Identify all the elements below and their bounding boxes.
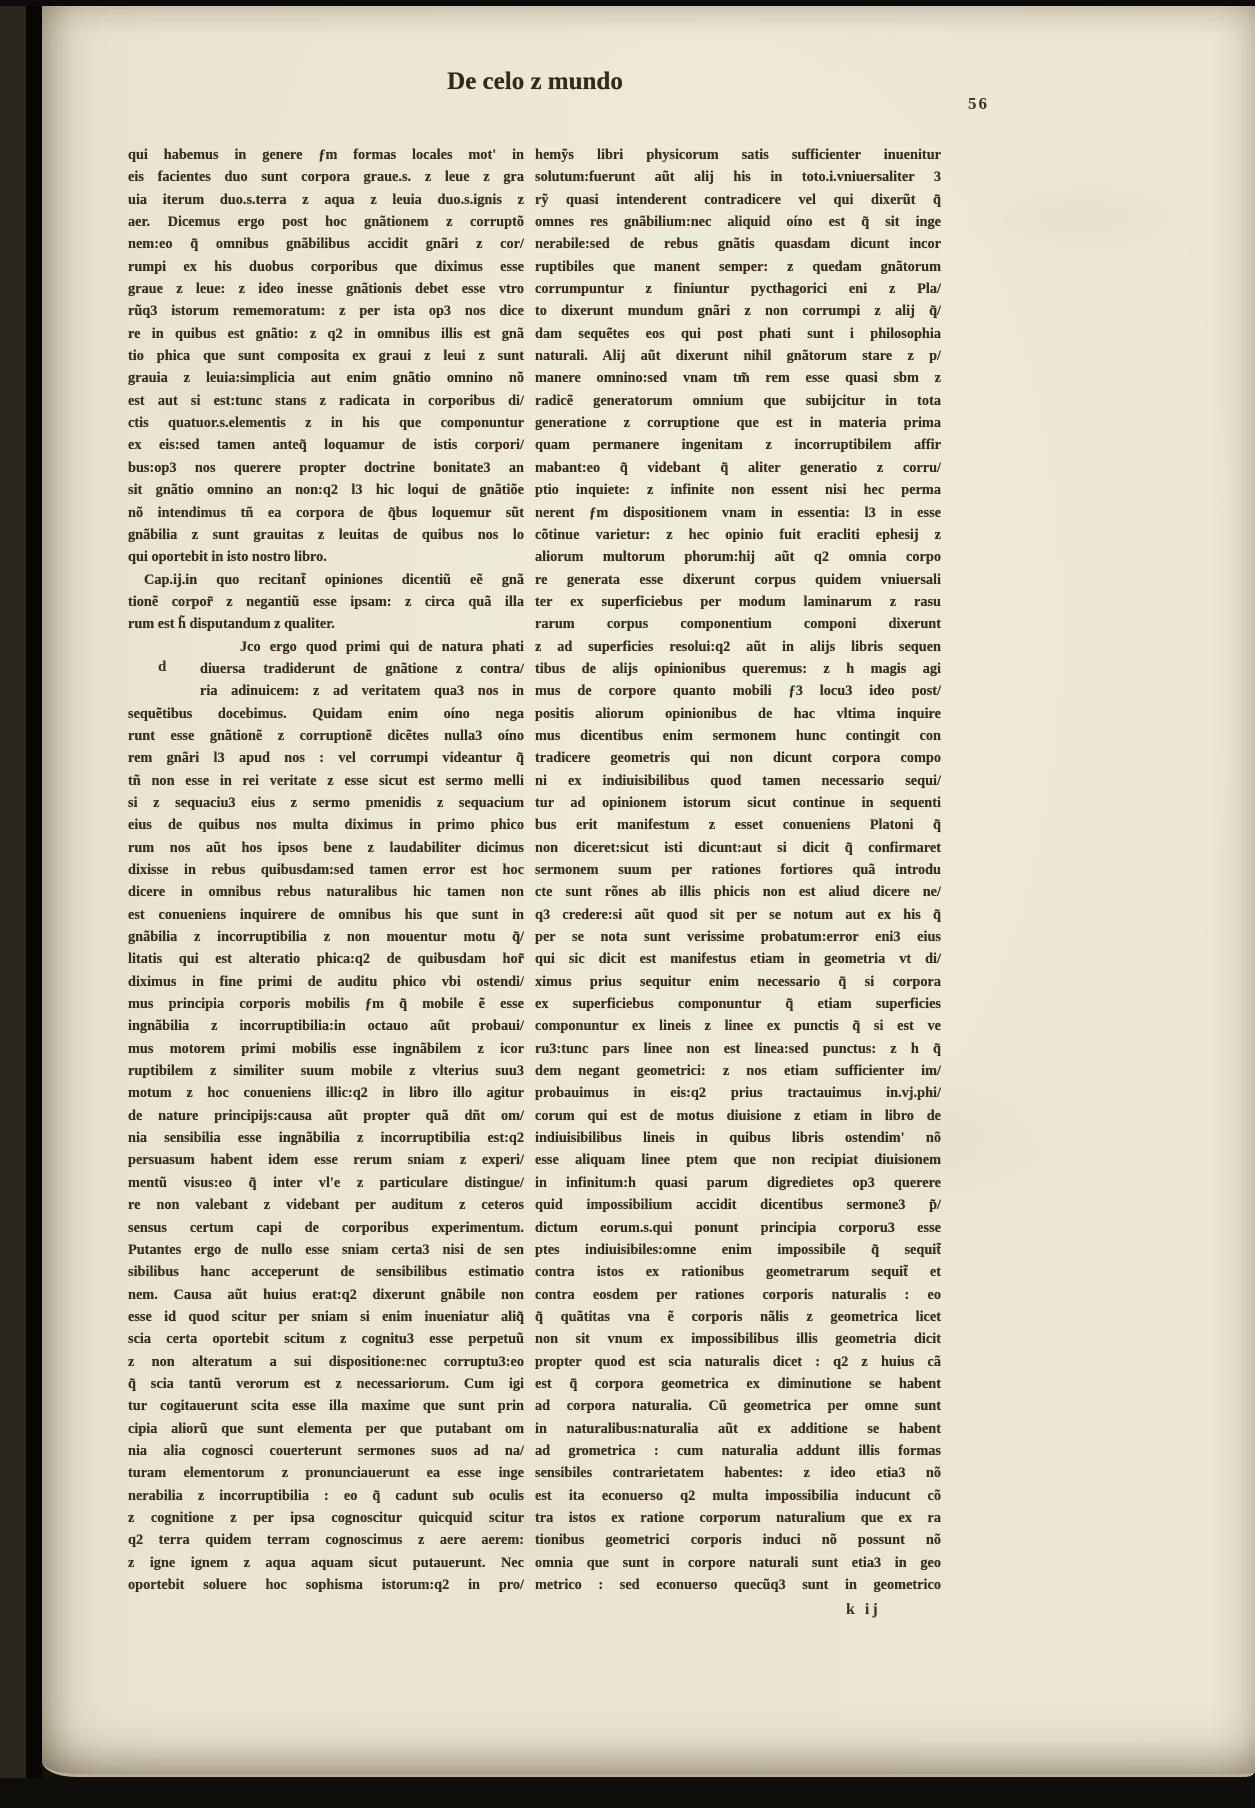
- text-line: contra istos ex rationibus geometrarum s…: [535, 1261, 941, 1283]
- text-line: radicẽ generatorum omnium que subijcitur…: [535, 390, 941, 412]
- text-line: q2 terra quidem terram cognoscimus z aer…: [128, 1529, 524, 1551]
- text-line: qui oportebit in isto nostro libro.: [128, 546, 524, 568]
- text-line: naturali. Alij aũt dixerunt nihil gnãtor…: [535, 345, 941, 367]
- text-line: quam permanere ingenitam z incorruptibil…: [535, 434, 941, 456]
- text-line: ru3:tunc pars linee non est linea:sed pu…: [535, 1038, 941, 1060]
- text-line: ruptibilem z similiter suum mobile z vlt…: [128, 1060, 524, 1082]
- text-line: qui habemus in genere ƒm formas locales …: [128, 144, 524, 166]
- text-line: re non valebant z videbant per auditum z…: [128, 1194, 524, 1216]
- text-line: quid impossibilium accidit dicentibus se…: [535, 1194, 941, 1216]
- text-line: per se nota sunt verissime probatum:erro…: [535, 926, 941, 948]
- running-title: De celo z mundo: [300, 68, 770, 96]
- text-line: re generata esse dixerunt corpus quidem …: [535, 569, 941, 591]
- text-line: omnia que sunt in corpore naturali sunt …: [535, 1552, 941, 1574]
- text-line: aliorum multorum phorum:hij aũt q2 omnia…: [535, 546, 941, 568]
- text-line: aer. Dicemus ergo post hoc gnãtionem z c…: [128, 211, 524, 233]
- text-line: tur cogitauerunt scita esse illa maxime …: [128, 1395, 524, 1417]
- text-line: componuntur ex lineis z linee ex punctis…: [535, 1015, 941, 1037]
- text-line: motum z hoc conueniens illic:q2 in libro…: [128, 1082, 524, 1104]
- text-line: contra eosdem per rationes corporis natu…: [535, 1284, 941, 1306]
- text-line: diximus in fine primi de auditu phico vb…: [128, 971, 524, 993]
- text-line: mus de corpore quanto mobili ƒ3 locu3 id…: [535, 680, 941, 702]
- text-line: rum est h̃ disputandum z qualiter.: [128, 613, 524, 635]
- text-line: ingnãbilia z incorruptibilia:in octauo a…: [128, 1015, 524, 1037]
- text-line: Jco ergo quod primi qui de natura phati: [128, 636, 524, 658]
- text-line: solutum:fuerunt aũt alij his in toto.i.v…: [535, 166, 941, 188]
- text-line: oportebit soluere hoc sophisma istorum:q…: [128, 1574, 524, 1596]
- text-line: in naturalibus:naturalia aũt ex addition…: [535, 1418, 941, 1440]
- text-line: sensus certum capi de corporibus experim…: [128, 1217, 524, 1239]
- text-line: ruptibiles que manent semper: z quedam g…: [535, 256, 941, 278]
- text-line: esse aliquam linee ptem que non recipiat…: [535, 1149, 941, 1171]
- text-line: est q̃ corpora geometrica ex diminutione…: [535, 1373, 941, 1395]
- text-line: q3 credere:si aũt quod sit per se notum …: [535, 904, 941, 926]
- text-line: sermonem suum per rationes fortiores quã…: [535, 859, 941, 881]
- text-line: z igne ignem z aqua aquam sicut putaueru…: [128, 1552, 524, 1574]
- text-line: dictum eorum.s.qui ponunt principia corp…: [535, 1217, 941, 1239]
- text-line: rarum corpus componentium componi dixeru…: [535, 613, 941, 635]
- text-line: eis facientes duo sunt corpora graue.s. …: [128, 166, 524, 188]
- text-line: rumpi ex his duobus corporibus que dixim…: [128, 256, 524, 278]
- text-line: tur ad opinionem istorum sicut continue …: [535, 792, 941, 814]
- text-line: tradicere geometris qui non dicunt corpo…: [535, 747, 941, 769]
- text-line: to dixerunt mundum gnãri z non corrumpi …: [535, 300, 941, 322]
- text-line: manere omnino:sed vnam tm̃ rem esse quas…: [535, 367, 941, 389]
- text-line: metrico : sed econuerso quecũq3 sunt in …: [535, 1574, 941, 1596]
- text-line: nõ intendimus tñ ea corpora de q̃bus loq…: [128, 502, 524, 524]
- initial-guide-letter: d: [158, 659, 166, 676]
- text-line: si z sequaciu3 eius z sermo pmenidis z s…: [128, 792, 524, 814]
- binding-bar: [26, 0, 42, 1808]
- text-line: ptio inquiete: z infinite non essent nis…: [535, 479, 941, 501]
- text-column-right: hemỹs libri physicorum satis sufficiente…: [535, 144, 941, 1596]
- text-line: sensibiles contrarietatem habentes: z id…: [535, 1462, 941, 1484]
- text-line: nia sensibilia esse ingnãbilia z incorru…: [128, 1127, 524, 1149]
- text-line: z non alteratum a sui dispositione:nec c…: [128, 1351, 524, 1373]
- text-line: Cap.ij.in quo recitant̃ opiniones dicent…: [128, 569, 524, 591]
- text-line: re in quibus est gnãtio: z q2 in omnibus…: [128, 323, 524, 345]
- text-line: sibilibus hanc acceperunt de sensibilibu…: [128, 1261, 524, 1283]
- text-line: sequẽtibus docebimus. Quidam enim oíno n…: [128, 703, 524, 725]
- text-line: dem negant geometrici: z nos etiam suffi…: [535, 1060, 941, 1082]
- text-line: cte sunt rõnes ab illis phicis non est a…: [535, 881, 941, 903]
- text-line: litatis qui est alteratio phica:q2 de qu…: [128, 948, 524, 970]
- text-line: nerent ƒm dispositionem vnam in essentia…: [535, 502, 941, 524]
- text-line: nerabilia z incorruptibilia : eo q̃ cadu…: [128, 1485, 524, 1507]
- text-line: tibus de alijs opinionibus queremus: z h…: [535, 658, 941, 680]
- text-line: ex superficiebus componuntur q̃ etiam su…: [535, 993, 941, 1015]
- text-line: corum qui est de motus diuisione z etiam…: [535, 1105, 941, 1127]
- text-line: rem gnãri l3 apud nos : vel corrumpi vid…: [128, 747, 524, 769]
- text-line: qui sic dicit est manifestus etiam in ge…: [535, 948, 941, 970]
- text-line: ria adinuicem: z ad veritatem qua3 nos i…: [128, 680, 524, 702]
- text-line: indiuisibilibus lineis in quibus libris …: [535, 1127, 941, 1149]
- text-line: eius de quibus nos multa diximus in prim…: [128, 814, 524, 836]
- text-line: est ita econuerso q2 multa impossibilia …: [535, 1485, 941, 1507]
- text-line: gnãbilia z incorruptibilia z non mouentu…: [128, 926, 524, 948]
- text-line: de nature principijs:causa aũt propter q…: [128, 1105, 524, 1127]
- text-line: uia iterum duo.s.terra z aqua z leuia du…: [128, 189, 524, 211]
- text-line: scia certa oportebit scitum z cognitu3 e…: [128, 1328, 524, 1350]
- text-line: turam elementorum z pronunciauerunt ea e…: [128, 1462, 524, 1484]
- text-line: mus motorem primi mobilis esse ingnãbile…: [128, 1038, 524, 1060]
- text-line: ximus prius sequitur enim necessario q̃ …: [535, 971, 941, 993]
- text-line: runt esse gnãtionẽ z corruptionẽ dicẽtes…: [128, 725, 524, 747]
- text-line: z cognitione z per ipsa cognoscitur quic…: [128, 1507, 524, 1529]
- text-line: in infinitum:h quasi parum digredietes o…: [535, 1172, 941, 1194]
- text-line: rũq3 istorum rememoratum: z per ista op3…: [128, 300, 524, 322]
- text-line: tionibus geometrici corporis induci nõ p…: [535, 1529, 941, 1551]
- text-column-left: qui habemus in genere ƒm formas locales …: [128, 144, 524, 1596]
- text-line: grauia z leuia:simplicia aut enim gnãtio…: [128, 367, 524, 389]
- text-line: probauimus in eis:q2 prius tractauimus i…: [535, 1082, 941, 1104]
- text-line: z ad superficies resolui:q2 aũt in alijs…: [535, 636, 941, 658]
- text-line: non diceret:sicut isti dicunt:aut si dic…: [535, 837, 941, 859]
- text-line: dixisse in rebus quibusdam:sed tamen err…: [128, 859, 524, 881]
- text-line: ex eis:sed tamen anteq̃ loquamur de isti…: [128, 434, 524, 456]
- text-line: Putantes ergo de nullo esse sniam certa3…: [128, 1239, 524, 1261]
- text-line: cipia aliorũ que sunt elementa per que p…: [128, 1418, 524, 1440]
- text-line: nem:eo q̃ omnibus gnãbilibus accidit gnã…: [128, 233, 524, 255]
- text-line: nia alia cognosci couerterunt sermones s…: [128, 1440, 524, 1462]
- text-line: dicere in omnibus rebus naturalibus hic …: [128, 881, 524, 903]
- text-line: tio phica que sunt composita ex graui z …: [128, 345, 524, 367]
- text-line: diuersa tradiderunt de gnãtione z contra…: [128, 658, 524, 680]
- page-number: 56: [968, 94, 1028, 114]
- text-line: non sit vnum ex impossibilibus illis geo…: [535, 1328, 941, 1350]
- text-line: rum nos aũt hos ipsos bene z laudabilite…: [128, 837, 524, 859]
- text-line: ad corpora naturalia. Cũ geometrica per …: [535, 1395, 941, 1417]
- bottom-edge-shadow: [0, 1778, 1255, 1808]
- text-line: persuasum habent idem esse rerum sniam z…: [128, 1149, 524, 1171]
- text-line: q̃ quãtitas vna ẽ corporis nãlis z geome…: [535, 1306, 941, 1328]
- text-line: bus:op3 nos querere propter doctrine bon…: [128, 457, 524, 479]
- text-line: generatione z corruptione que est in mat…: [535, 412, 941, 434]
- text-line: gnãbilia z sunt grauitas z leuitas de qu…: [128, 524, 524, 546]
- text-line: hemỹs libri physicorum satis sufficiente…: [535, 144, 941, 166]
- text-line: mabant:eo q̃ videbant q̃ aliter generati…: [535, 457, 941, 479]
- text-line: ter ex superficiebus per modum laminarum…: [535, 591, 941, 613]
- text-line: propter quod est scia naturalis dicet : …: [535, 1351, 941, 1373]
- text-line: q̃ scia tantũ verorum est z necessarioru…: [128, 1373, 524, 1395]
- text-line: rỹ quasi intenderent contradicere vel qu…: [535, 189, 941, 211]
- text-line: esse id quod scitur per sniam si enim in…: [128, 1306, 524, 1328]
- text-line: sit gnãtio omnino an non:q2 l3 hic loqui…: [128, 479, 524, 501]
- text-line: tra istos ex ratione corporum naturalium…: [535, 1507, 941, 1529]
- text-line: dam sequẽtes eos qui post phati sunt i p…: [535, 323, 941, 345]
- text-line: nem. Causa aũt huius erat:q2 dixerunt gn…: [128, 1284, 524, 1306]
- text-line: ctis quatuor.s.elementis z in his que co…: [128, 412, 524, 434]
- text-line: mentũ visus:eo q̃ inter vl'e z particula…: [128, 1172, 524, 1194]
- text-line: corrumpuntur z finiuntur pycthagorici en…: [535, 278, 941, 300]
- quire-signature: k ij: [846, 1601, 881, 1619]
- text-line: est conueniens inquirere de omnibus his …: [128, 904, 524, 926]
- text-line: bus erit manifestum z esset conueniens P…: [535, 814, 941, 836]
- text-line: mus principia corporis mobilis ƒm q̃ mob…: [128, 993, 524, 1015]
- text-line: tionẽ corpor̃ z negantiũ esse ipsam: z c…: [128, 591, 524, 613]
- text-line: positis aliorum opinionibus de hac vltim…: [535, 703, 941, 725]
- text-line: omnes res gnãbilium:nec aliquid oíno est…: [535, 211, 941, 233]
- left-margin-strip: [0, 0, 26, 1808]
- text-line: mus dicentibus enim sermonem hunc contin…: [535, 725, 941, 747]
- text-line: est aut si est:tunc stans z radicata in …: [128, 390, 524, 412]
- text-line: tñ non esse in rei veritate z esse sicut…: [128, 770, 524, 792]
- text-line: cõtinue varietur: z hec opinio fuit erac…: [535, 524, 941, 546]
- text-line: graue z leue: z ideo inesse gnãtionis de…: [128, 278, 524, 300]
- text-line: ptes indiuisibiles:omne enim impossibile…: [535, 1239, 941, 1261]
- text-line: nerabile:sed de rebus gnãtis quasdam dic…: [535, 233, 941, 255]
- text-line: ad grometrica : cum naturalia addunt ill…: [535, 1440, 941, 1462]
- text-line: ni ex indiuisibilibus quod tamen necessa…: [535, 770, 941, 792]
